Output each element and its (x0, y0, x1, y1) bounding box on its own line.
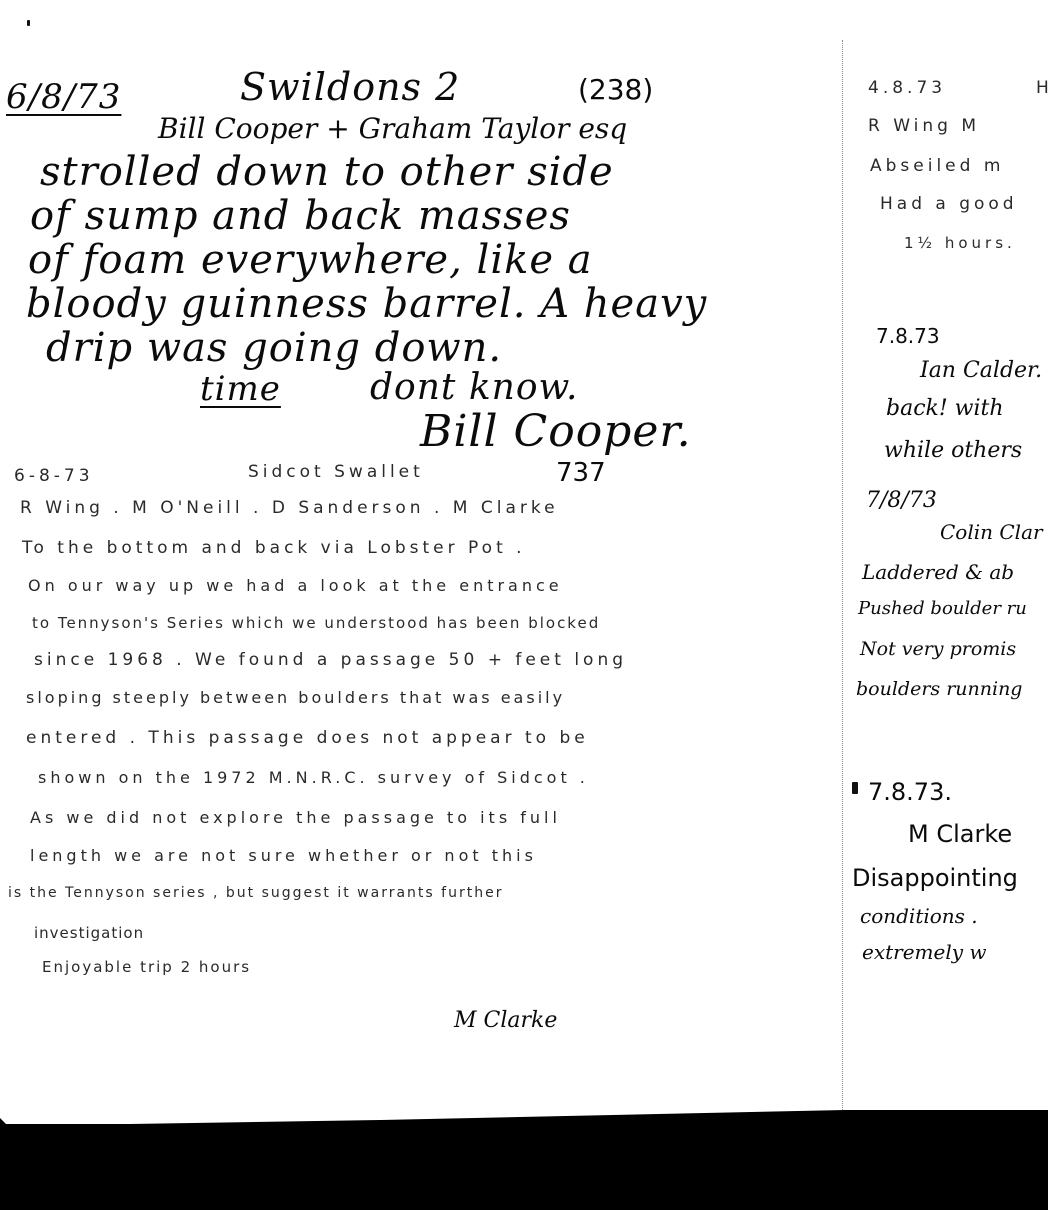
entry-line: of foam everywhere, like a (28, 240, 593, 280)
entry-line: of sump and back masses (30, 196, 571, 236)
entry-cave-name: H (1036, 80, 1048, 97)
entry-date: 7/8/73 (866, 490, 937, 512)
ink-speck (27, 20, 30, 26)
entry-line: Had a good (880, 196, 1018, 213)
entry-date: 6/8/73 (6, 80, 121, 114)
entry-line: strolled down to other side (40, 152, 614, 192)
entry-line: 1½ hours. (904, 236, 1016, 251)
entry-number: 737 (556, 460, 606, 486)
entry-cave-name: Swildons 2 (240, 68, 460, 106)
entry-date: 7.8.73 (876, 326, 940, 346)
entry-line: Colin Clar (940, 522, 1043, 542)
entry-line: back! with (886, 398, 1004, 420)
trip-duration: Enjoyable trip 2 hours (42, 960, 251, 975)
entry-number: (238) (578, 76, 653, 104)
entry-date: 6-8-73 (14, 468, 94, 485)
entry-line: Not very promis (860, 640, 1016, 659)
entry-line: investigation (34, 926, 144, 941)
ink-blot (852, 782, 858, 794)
entry-line: to Tennyson's Series which we understood… (32, 616, 600, 631)
entry-line: Abseiled m (870, 158, 1004, 175)
entry-line: shown on the 1972 M.N.R.C. survey of Sid… (38, 770, 589, 786)
time-value: dont know. (370, 370, 578, 406)
entry-line: drip was going down. (46, 328, 502, 368)
entry-line: is the Tennyson series , but suggest it … (8, 886, 503, 900)
entry-date: 4.8.73 (868, 80, 946, 97)
entry-party: M Clarke (908, 822, 1012, 846)
entry-line: conditions . (860, 906, 978, 926)
entry-line: Pushed boulder ru (858, 600, 1027, 618)
signature: M Clarke (454, 1010, 557, 1032)
entry-line: extremely w (862, 942, 987, 962)
page-fold-line (842, 40, 843, 1110)
entry-line: As we did not explore the passage to its… (30, 810, 561, 826)
entry-line: Ian Calder. + (920, 360, 1048, 382)
entry-line: entered . This passage does not appear t… (26, 730, 589, 747)
entry-line: bloody guinness barrel. A heavy (26, 284, 707, 324)
entry-line: sloping steeply between boulders that wa… (26, 690, 565, 706)
entry-line: R Wing M (868, 118, 980, 135)
entry-line: boulders running (856, 680, 1022, 699)
entry-line: Disappointing (852, 866, 1018, 890)
entry-line: while others (884, 440, 1022, 462)
entry-line: To the bottom and back via Lobster Pot . (22, 540, 526, 557)
signature: Bill Cooper. (420, 410, 692, 454)
entry-line: length we are not sure whether or not th… (30, 848, 537, 864)
entry-line: Laddered & ab (862, 562, 1014, 582)
entry-line: On our way up we had a look at the entra… (28, 578, 563, 594)
entry-line: since 1968 . We found a passage 50 + fee… (34, 652, 627, 669)
entry-party: Bill Cooper + Graham Taylor esq (158, 115, 627, 143)
logbook-paper: 6/8/73 Swildons 2 (238) Bill Cooper + Gr… (0, 0, 1048, 1125)
entry-cave-name: Sidcot Swallet (248, 464, 424, 481)
entry-date: 7.8.73. (868, 780, 952, 804)
scanned-logbook: 6/8/73 Swildons 2 (238) Bill Cooper + Gr… (0, 0, 1048, 1210)
entry-party: R Wing . M O'Neill . D Sanderson . M Cla… (20, 500, 559, 517)
time-label: time (200, 372, 281, 406)
